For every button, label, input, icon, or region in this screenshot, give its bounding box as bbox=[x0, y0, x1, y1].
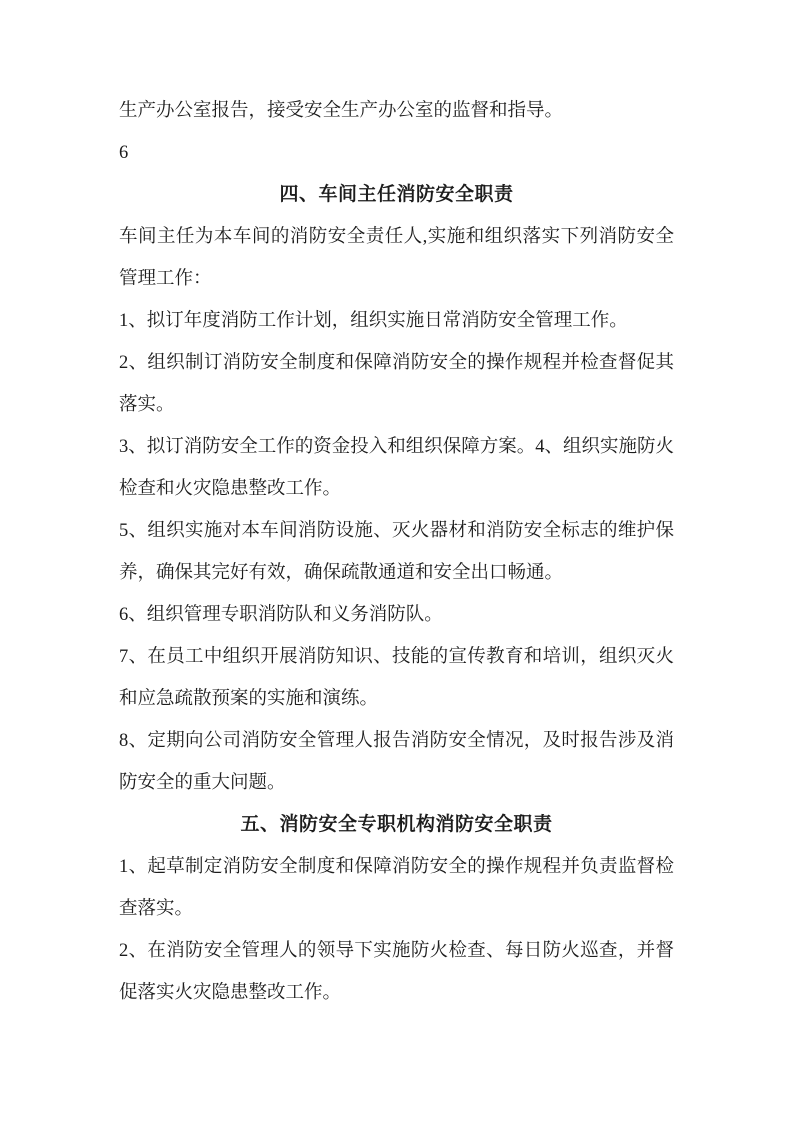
section4-list-item-1: 1、拟订年度消防工作计划，组织实施日常消防安全管理工作。 bbox=[119, 300, 674, 342]
page-content: 生产办公室报告，接受安全生产办公室的监督和指导。 6 四、车间主任消防安全职责 … bbox=[0, 0, 793, 1014]
section4-list-item-5: 5、组织实施对本车间消防设施、灭火器材和消防安全标志的维护保养，确保其完好有效，… bbox=[119, 510, 674, 594]
paragraph-section4-intro: 车间主任为本车间的消防安全责任人,实施和组织落实下列消防安全管理工作： bbox=[119, 216, 674, 300]
section4-list-item-8: 8、定期向公司消防安全管理人报告消防安全情况，及时报告涉及消防安全的重大问题。 bbox=[119, 720, 674, 804]
section4-list-item-2: 2、组织制订消防安全制度和保障消防安全的操作规程并检查督促其落实。 bbox=[119, 342, 674, 426]
paragraph-carryover: 生产办公室报告，接受安全生产办公室的监督和指导。 bbox=[119, 90, 674, 132]
section4-list-item-6: 6、组织管理专职消防队和义务消防队。 bbox=[119, 594, 674, 636]
section-heading-fire-safety-agency: 五、消防安全专职机构消防安全职责 bbox=[119, 804, 674, 846]
section5-list-item-1: 1、起草制定消防安全制度和保障消防安全的操作规程并负责监督检查落实。 bbox=[119, 846, 674, 930]
page-number-text: 6 bbox=[119, 132, 674, 174]
document-page: 生产办公室报告，接受安全生产办公室的监督和指导。 6 四、车间主任消防安全职责 … bbox=[0, 0, 793, 1122]
section4-list-item-7: 7、在员工中组织开展消防知识、技能的宣传教育和培训，组织灭火和应急疏散预案的实施… bbox=[119, 636, 674, 720]
section-heading-workshop-director: 四、车间主任消防安全职责 bbox=[119, 174, 674, 216]
section4-list-item-3-4: 3、拟订消防安全工作的资金投入和组织保障方案。4、组织实施防火检查和火灾隐患整改… bbox=[119, 426, 674, 510]
section5-list-item-2: 2、在消防安全管理人的领导下实施防火检查、每日防火巡查，并督促落实火灾隐患整改工… bbox=[119, 930, 674, 1014]
